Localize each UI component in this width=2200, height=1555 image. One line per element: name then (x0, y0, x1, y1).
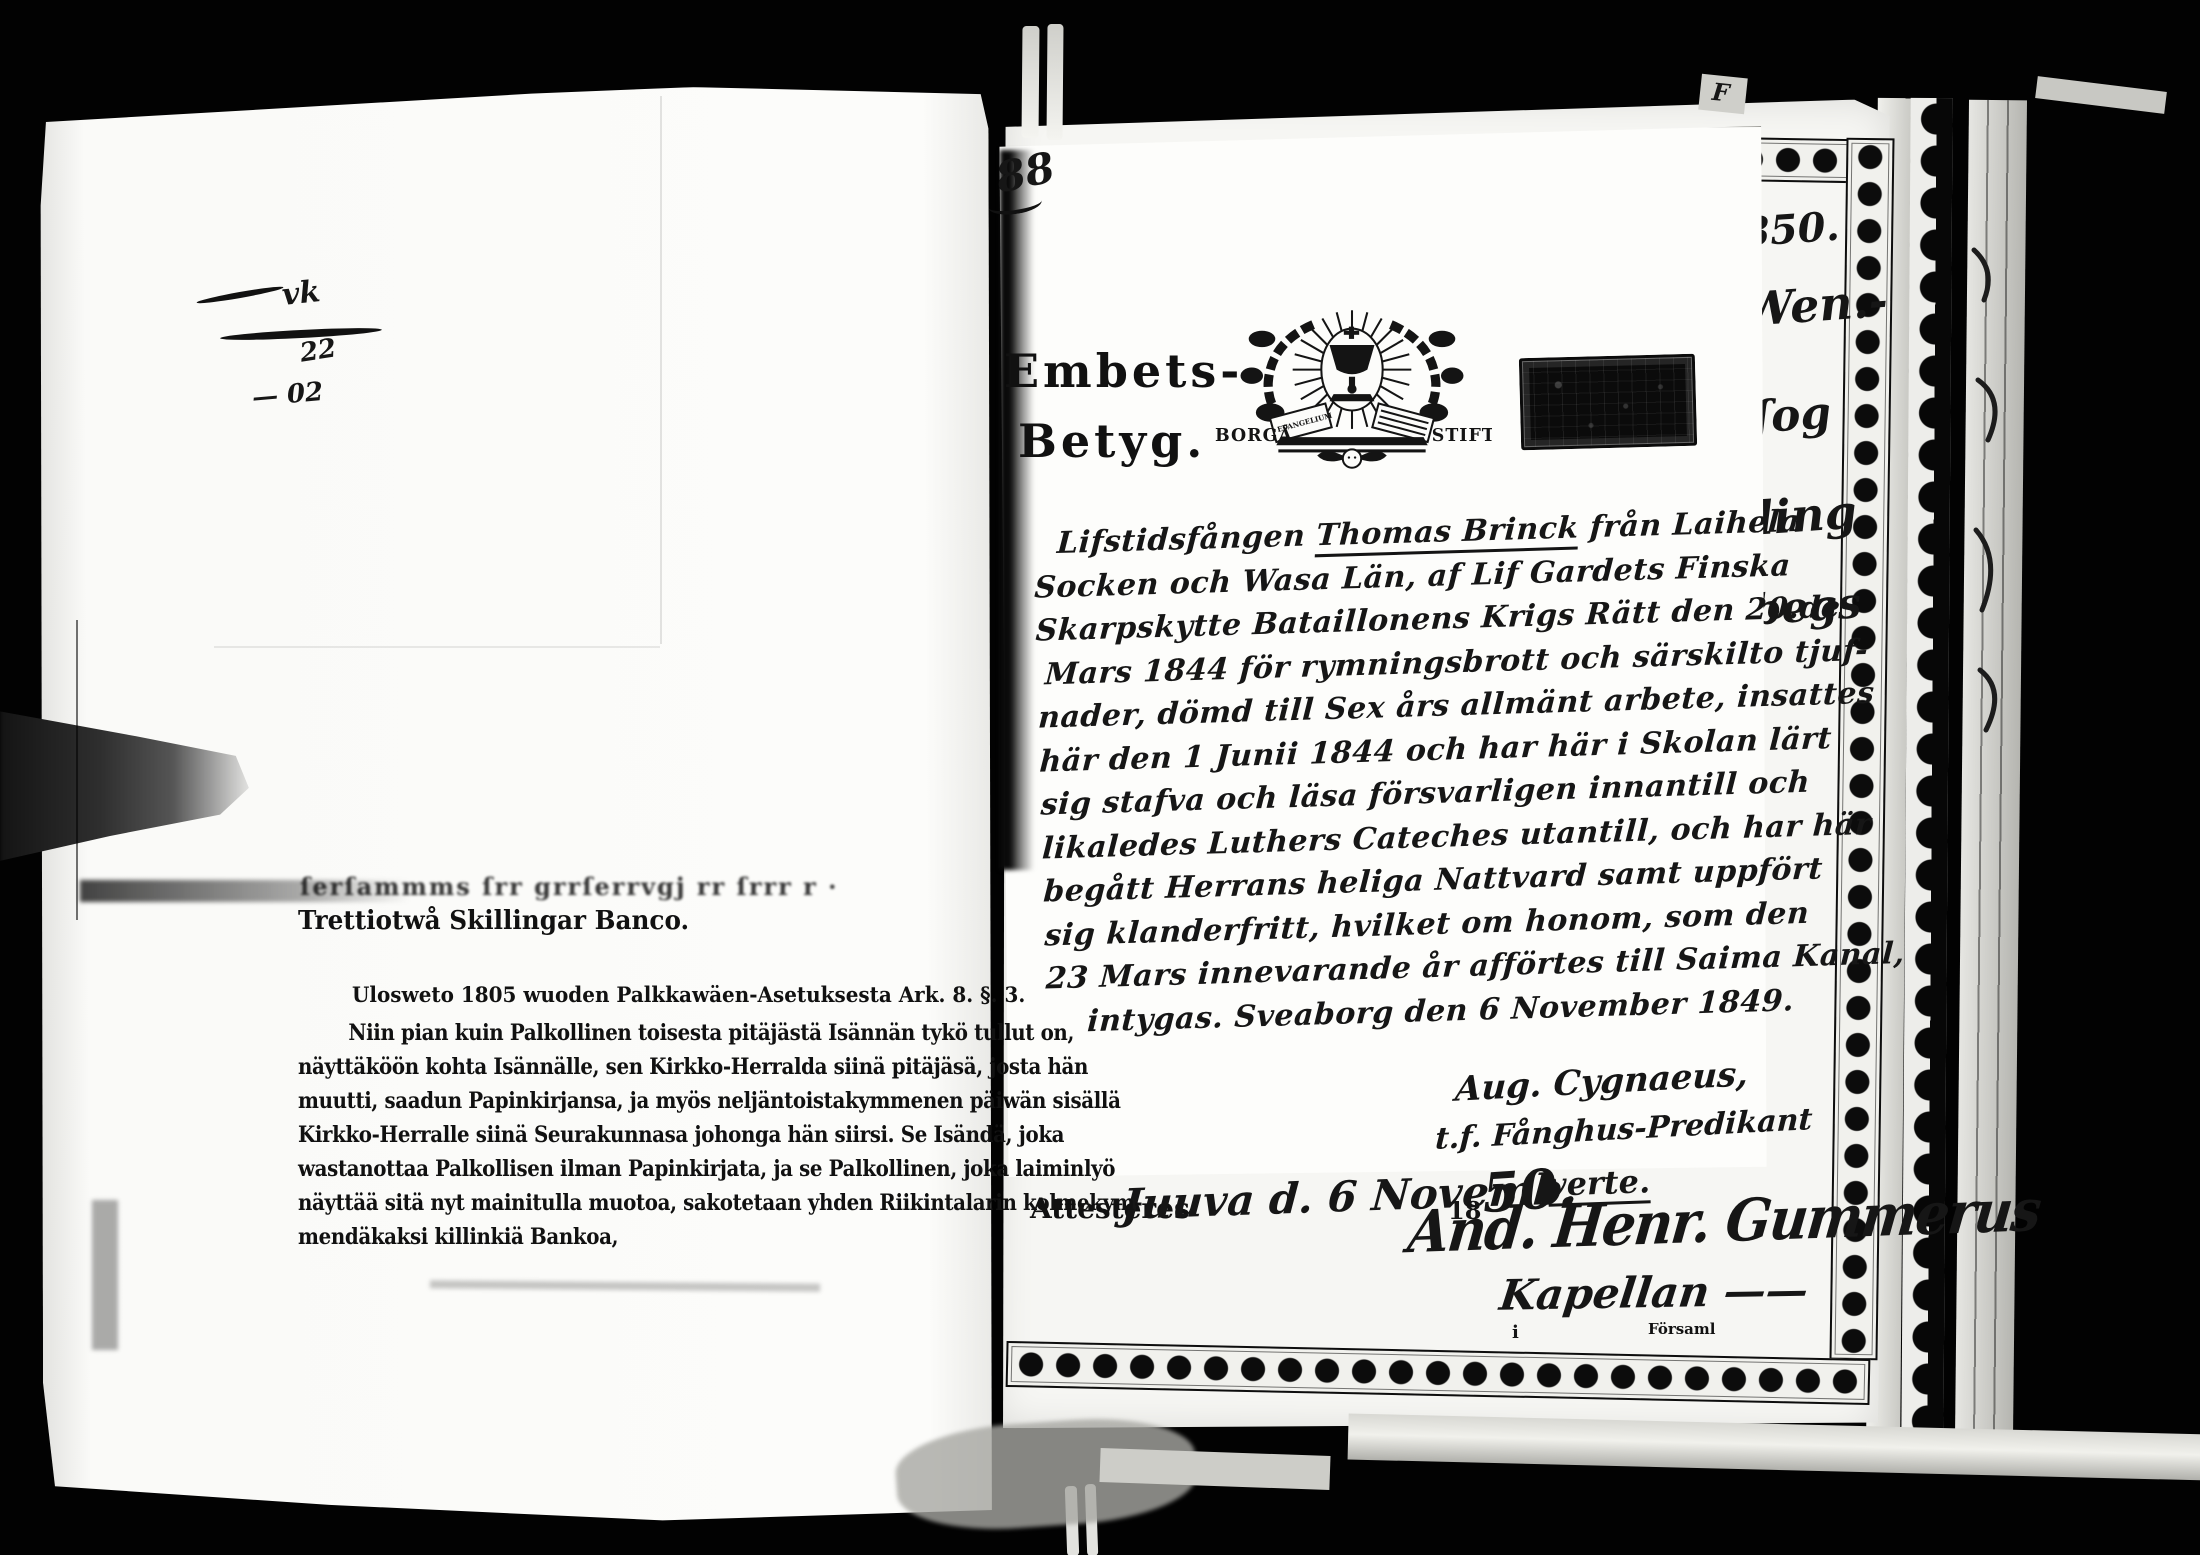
page-corner-sliver (2035, 76, 2167, 114)
paragraph-line: muutti, saadun Papinkirjansa, ja myös ne… (298, 1084, 944, 1118)
paragraph-line: wastanottaa Palkollisen ilman Papinkirja… (298, 1152, 944, 1186)
page-crease-horizontal (214, 646, 660, 648)
handwritten-body: Lifstidsfången Thomas Brinck från Laihel… (1032, 502, 1759, 1045)
cherub-icon (1317, 449, 1387, 467)
paragraph-line: mendäkaksi killinkiä Bankoa, (298, 1220, 944, 1254)
ink-streak (92, 1200, 118, 1350)
bookmark-ribbon-top-1 (1022, 26, 1040, 138)
smudged-print-line: ſerſammms ſrr grrſerrvgj rr ſrrr r · (300, 872, 838, 901)
book-scan-stage: 850. Wen.- ſog ling begs F 88 Embets- Be… (0, 0, 2200, 1555)
corner-mark: F (1711, 77, 1731, 108)
seal-text-stift: STIFT (1432, 426, 1492, 446)
clasp-hairline (76, 620, 78, 920)
edge-fragment: Wen.- (1740, 273, 1889, 337)
statute-paragraph: Niin pian kuin Palkollinen toisesta pitä… (298, 1016, 1016, 1254)
paragraph-line: näyttää sitä nyt mainitulla muotoa, sako… (298, 1186, 944, 1220)
margin-scribble-2: 22 (298, 333, 338, 368)
footer-forsaml: Församl (1648, 1320, 1715, 1338)
seal-text-borga: BORGÅ (1215, 424, 1293, 446)
paragraph-line: Kirkko-Herralle siinä Seurakunnasa johon… (298, 1118, 944, 1152)
statute-heading: Ulosweto 1805 wuoden Palkkawäen-Asetukse… (352, 982, 1025, 1007)
margin-scribble-1: vk (280, 274, 322, 313)
certificate-header-line1: Embets- (1004, 344, 1243, 398)
body-line1-post: från Laihela (1578, 504, 1801, 546)
gutter-shadow (1000, 150, 1034, 870)
bookmark-ribbon-top-2 (1046, 24, 1063, 140)
margin-scribble-3: — 02 (251, 377, 325, 413)
ink-stamp (1519, 354, 1697, 451)
paragraph-line: Niin pian kuin Palkollinen toisesta pitä… (298, 1016, 944, 1050)
page-crease-vertical (660, 96, 662, 644)
fee-line: Trettiotwå Skillingar Banco. (298, 906, 689, 936)
footer-letter: i (1512, 1322, 1519, 1343)
borga-stift-seal: EVANGELIUM BORGÅ STIFT (1212, 298, 1492, 478)
bottom-page-edge-band (1348, 1413, 2200, 1480)
certificate-header-line2: Betyg. (1018, 414, 1206, 468)
attestor-title: Kapellan —— (1497, 1265, 1811, 1319)
corner-mark-patch: F (1698, 74, 1748, 115)
paragraph-line: näyttäköön kohta Isännälle, sen Kirkko-H… (298, 1050, 944, 1084)
bleed-through-marks (1966, 230, 2018, 750)
body-line1-pre: Lifstidsfången (1056, 518, 1317, 561)
convict-name: Thomas Brinck (1315, 510, 1580, 557)
